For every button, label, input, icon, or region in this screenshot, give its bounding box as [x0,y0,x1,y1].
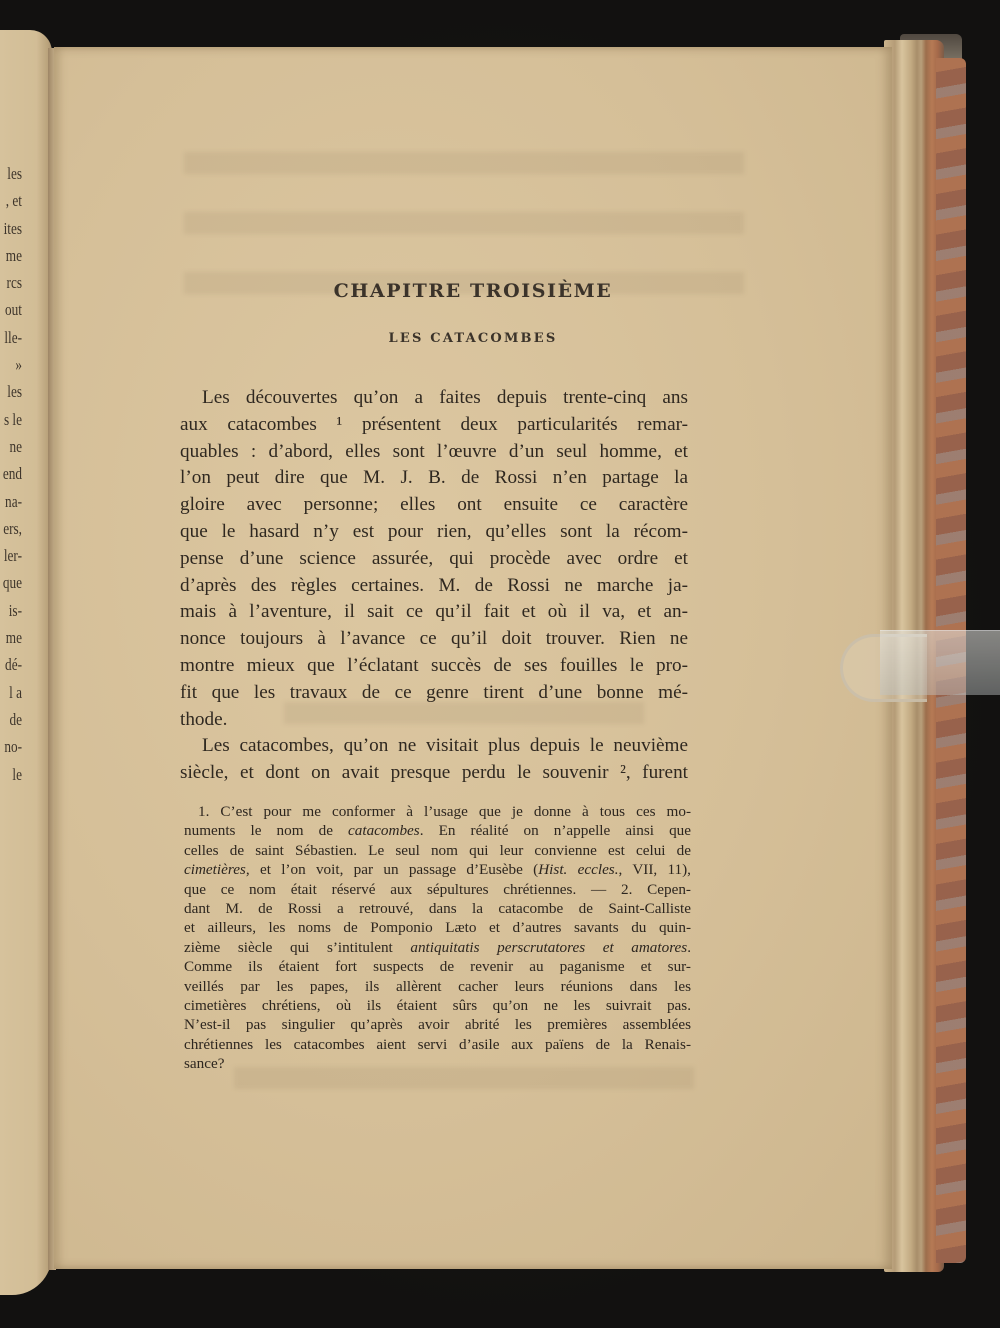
fragment: ler- [0,542,22,569]
body-line: siècle, et dont on avait presque perdu l… [180,760,688,787]
footnote-line: veillés par les papes, ils allèrent cach… [184,977,691,996]
fragment: dé- [0,651,22,678]
footnote-line: celles de saint Sébastien. Le seul nom q… [184,841,691,860]
fragment: is- [0,597,22,624]
body-line: d’après des règles certaines. M. de Ross… [180,573,688,600]
fragment: le [0,761,22,788]
body-line: que le hasard n’y est pour rien, qu’elle… [180,519,688,546]
chapter-title: CHAPITRE TROISIÈME [54,280,892,302]
body-line: Les catacombes, qu’on ne visitait plus d… [180,733,688,760]
body-line: gloire avec personne; elles ont ensuite … [180,492,688,519]
fragment: que [0,569,22,596]
fragment: na- [0,488,22,515]
fragment: lle- [0,324,22,351]
fragment: no- [0,733,22,760]
italic-term: cimetières [184,861,246,878]
fragment: s le [0,406,22,433]
body-line: montre mieux que l’éclatant succès de se… [180,653,688,680]
fragment: l a [0,679,22,706]
fragment: end [0,460,22,487]
show-through [184,212,744,234]
body-line: nonce toujours à l’avance ce qu’il doit … [180,626,688,653]
fragment: les [0,378,22,405]
footnote-line: 1. C’est pour me conformer à l’usage que… [184,802,691,821]
footnote-line: N’est-il pas singulier qu’après avoir ab… [184,1015,691,1034]
fragment: » [0,351,22,378]
section-title: LES CATACOMBES [54,331,892,346]
body-line: thode. [180,707,688,734]
italic-term: catacombes [348,822,420,839]
footnote-line: Comme ils étaient fort suspects de reven… [184,957,691,976]
fragment: rcs [0,269,22,296]
body-line: Les découvertes qu’on a faites depuis tr… [180,385,688,412]
fragment: me [0,624,22,651]
footnote-line: chrétiennes les catacombes aient servi d… [184,1035,691,1054]
left-page-text-fragments: les , et ites me rcs out lle- » les s le… [0,160,22,788]
italic-term: Hist. eccles. [538,861,618,878]
body-line: fit que les travaux de ce genre tirent d… [180,680,688,707]
body-line: l’on peut dire que M. J. B. de Rossi n’e… [180,465,688,492]
fragment: out [0,296,22,323]
footnotes: 1. C’est pour me conformer à l’usage que… [184,802,691,1073]
footnote-line: et ailleurs, les noms de Pomponio Læto e… [184,918,691,937]
left-facing-page: les , et ites me rcs out lle- » les s le… [0,30,52,1295]
fragment: ne [0,433,22,460]
body-line: mais à l’aventure, il sait ce qu’il fait… [180,599,688,626]
body-line: quables : d’abord, elles sont l’œuvre d’… [180,439,688,466]
footnote-line: zième siècle qui s’intitulent antiquitat… [184,938,691,957]
clip-bar [880,630,1000,695]
footnote-line: cimetières, et l’on voit, par un passage… [184,860,691,879]
footnote-line: cimetières chrétiens, où ils étaient sûr… [184,996,691,1015]
fragment: me [0,242,22,269]
fragment: ites [0,215,22,242]
page-holder-clip [840,622,1000,700]
footnote-line: dant M. de Rossi a retrouvé, dans la cat… [184,899,691,918]
footnote-line: que ce nom était réservé aux sépultures … [184,880,691,899]
fragment: les [0,160,22,187]
show-through [184,152,744,174]
fragment: , et [0,187,22,214]
fragment: de [0,706,22,733]
footnote-line: numents le nom de catacombes. En réalité… [184,821,691,840]
body-line: pense d’une science assurée, qui procède… [180,546,688,573]
body-text: Les découvertes qu’on a faites depuis tr… [180,385,688,787]
fragment: ers, [0,515,22,542]
body-line: aux catacombes ¹ présentent deux particu… [180,412,688,439]
italic-term: antiquitatis perscrutatores et amatores [410,939,687,956]
footnote-line: sance? [184,1054,691,1073]
